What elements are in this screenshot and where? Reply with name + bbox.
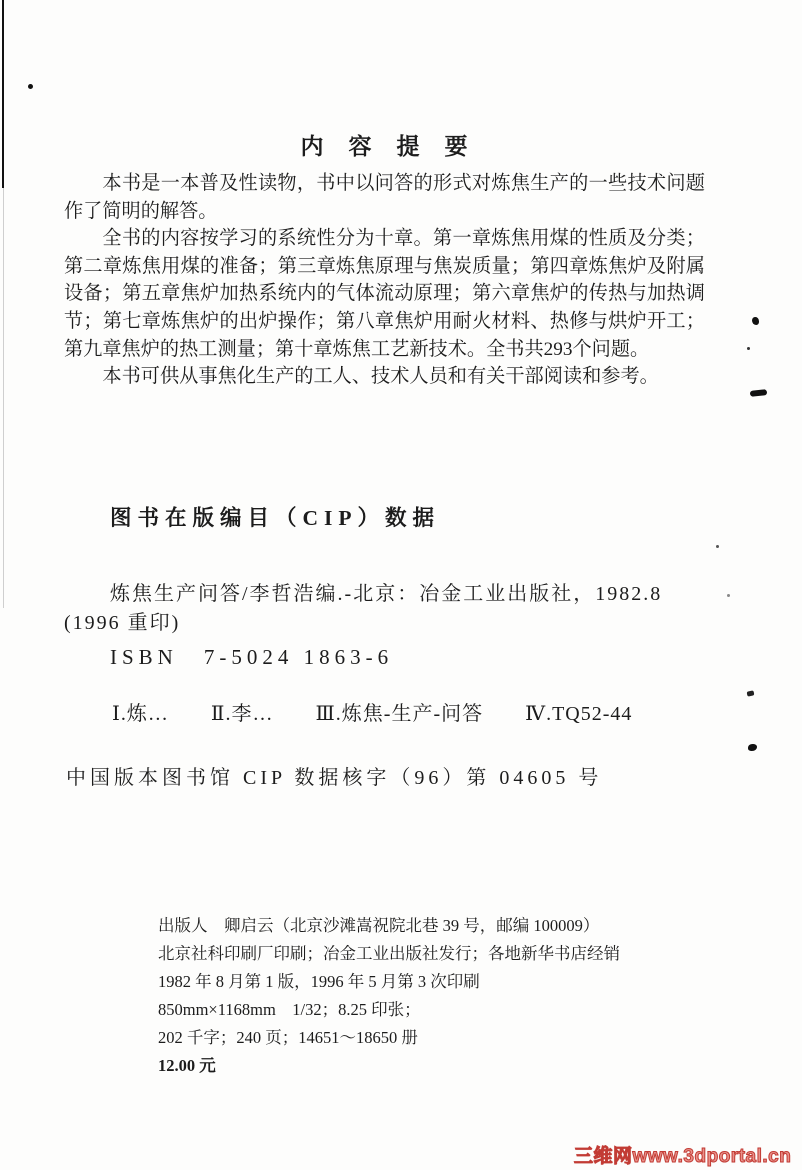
colophon-copies-line: 202 千字；240 页；14651～18650 册: [158, 1024, 698, 1052]
price-line: 12.00 元: [158, 1052, 698, 1080]
scan-artifact-blob: [748, 744, 757, 751]
scan-artifact-mark: [747, 690, 755, 696]
colophon-publisher-line: 出版人 卿启云（北京沙滩嵩祝院北巷 39 号，邮编 100009）: [158, 912, 698, 940]
cip-isbn-line: ISBN 7-5024 1863-6: [110, 641, 393, 671]
colophon-printer-line: 北京社科印刷厂印刷；冶金工业出版社发行；各地新华书店经销: [158, 940, 698, 968]
cip-classification-line: Ⅰ.炼… Ⅱ.李… Ⅲ.炼焦-生产-问答 Ⅳ.TQ52-44: [112, 697, 632, 726]
scan-artifact-left-line: [2, 0, 4, 188]
scan-artifact-dot: [727, 594, 730, 597]
summary-title: 内 容 提 要: [64, 128, 705, 161]
summary-paragraph: 本书是一本普及性读物，书中以问答的形式对炼焦生产的一些技术问题作了简明的解答。: [64, 170, 705, 225]
cip-record-line: 中国版本图书馆 CIP 数据核字（96）第 04605 号: [66, 761, 602, 790]
scan-artifact-dot: [716, 545, 719, 548]
summary-body: 本书是一本普及性读物，书中以问答的形式对炼焦生产的一些技术问题作了简明的解答。 …: [64, 170, 705, 391]
cip-title-line: 炼焦生产问答/李哲浩编.-北京：冶金工业出版社，1982.8: [110, 577, 662, 606]
cip-reprint-line: (1996 重印): [64, 606, 180, 635]
scan-artifact-smudge: [750, 389, 768, 397]
scan-artifact-blob: [752, 317, 759, 325]
watermark-text: 三维网www.3dportal.cn: [574, 1141, 791, 1168]
cip-heading: 图书在版编目（CIP）数据: [110, 501, 440, 532]
book-copyright-page: 内 容 提 要 本书是一本普及性读物，书中以问答的形式对炼焦生产的一些技术问题作…: [0, 0, 802, 1170]
scan-artifact-dot: [747, 347, 750, 350]
scan-artifact-left-line-faint: [3, 188, 4, 608]
scan-artifact-dot: [28, 84, 33, 89]
colophon-edition-line: 1982 年 8 月第 1 版，1996 年 5 月第 3 次印刷: [158, 968, 698, 996]
summary-paragraph: 全书的内容按学习的系统性分为十章。第一章炼焦用煤的性质及分类；第二章炼焦用煤的准…: [64, 225, 705, 363]
colophon: 出版人 卿启云（北京沙滩嵩祝院北巷 39 号，邮编 100009） 北京社科印刷…: [158, 912, 698, 1080]
summary-paragraph: 本书可供从事焦化生产的工人、技术人员和有关干部阅读和参考。: [64, 363, 705, 391]
colophon-format-line: 850mm×1168mm 1/32；8.25 印张；: [158, 996, 698, 1024]
